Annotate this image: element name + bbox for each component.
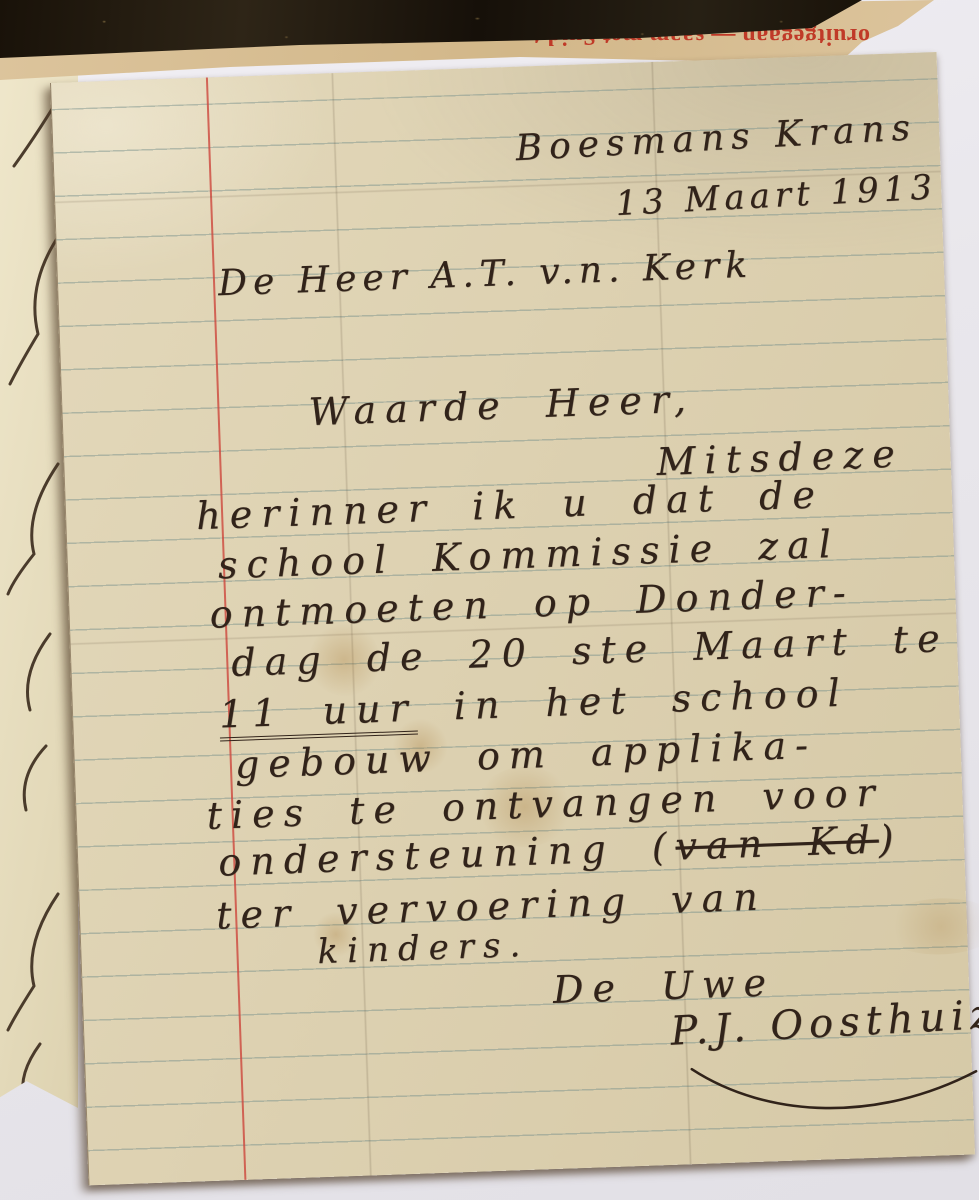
letter-page: Boesmans Krans 13 Maart 1913 De Heer A.T… (50, 52, 975, 1185)
photo-of-letter: oruitgegaan — saam met Suid t Boesmans K… (0, 0, 979, 1200)
struck-text: van Kd (675, 818, 880, 869)
body-line: kinders. (317, 925, 530, 972)
line-post: ) (878, 817, 903, 862)
signature-flourish (645, 1041, 979, 1143)
underlined-time: 11 uur (218, 686, 417, 742)
